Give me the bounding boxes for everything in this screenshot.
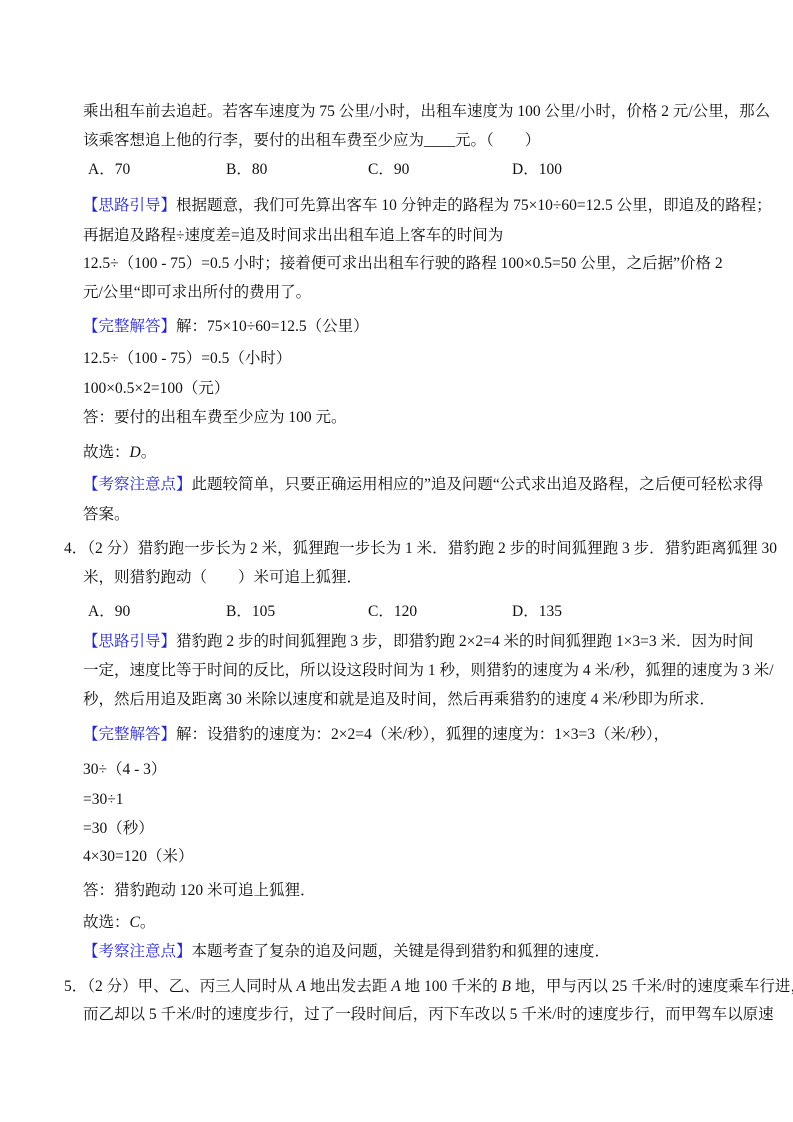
- text-line: 故选：C。: [83, 913, 155, 932]
- document-page: 乘出租车前去追赶。若客车速度为 75 公里/小时，出租车速度为 100 公里/小…: [0, 0, 793, 1122]
- text-line: 30÷（4 - 3）: [83, 760, 166, 779]
- section-label: 【思路引导】: [83, 633, 176, 650]
- section-label: 【思路引导】: [83, 197, 176, 214]
- text-line: 该乘客想追上他的行李，要付的出租车费至少应为____元。（ ）: [83, 131, 540, 150]
- text-line: 【考察注意点】本题考查了复杂的追及问题，关键是得到猎豹和狐狸的速度．: [83, 942, 610, 961]
- text-segment: 解：75×10÷60=12.5（公里）: [176, 318, 369, 335]
- text-line: 而乙却以 5 千米/时的速度步行，过了一段时间后，丙下车改以 5 千米/时的速度…: [83, 1005, 774, 1024]
- text-line: 【思路引导】猎豹跑 2 步的时间狐狸跑 3 步，即猎豹跑 2×2=4 米的时间狐…: [83, 632, 753, 651]
- text-line: 12.5÷（100 - 75）=0.5 小时；接着便可求出出租车行驶的路程 10…: [83, 254, 723, 273]
- text-line: 答：猎豹跑动 120 米可追上狐狸．: [83, 881, 316, 900]
- text-segment: 米，则猎豹跑动（ ）米可追上狐狸．: [83, 569, 362, 586]
- text-segment: 地出发去距: [306, 978, 391, 995]
- answer-letter: B: [501, 978, 510, 995]
- answer-letter: A: [297, 978, 306, 995]
- option-item: D．100: [512, 160, 562, 179]
- text-line: 元/公里“即可求出所付的费用了。: [83, 283, 311, 302]
- text-segment: =30÷1: [83, 791, 124, 808]
- answer-letter: A: [391, 978, 400, 995]
- option-item: A．90: [88, 602, 130, 621]
- option-item: B．80: [226, 160, 267, 179]
- text-segment: 答案。: [83, 506, 130, 523]
- option-item: D．135: [512, 602, 562, 621]
- text-segment: =30（秒）: [83, 820, 154, 837]
- answer-letter: C: [130, 914, 140, 931]
- text-segment: 地，甲与丙以 25 千米/时的速度乘车行进，: [511, 978, 793, 995]
- text-segment: 故选：: [83, 914, 130, 931]
- section-label: 【考察注意点】: [83, 943, 192, 960]
- text-segment: 猎豹跑 2 步的时间狐狸跑 3 步，即猎豹跑 2×2=4 米的时间狐狸跑 1×3…: [176, 633, 753, 650]
- option-item: B．105: [226, 602, 275, 621]
- text-segment: 本题考查了复杂的追及问题，关键是得到猎豹和狐狸的速度．: [192, 943, 611, 960]
- text-line: 米，则猎豹跑动（ ）米可追上狐狸．: [83, 568, 362, 587]
- text-segment: 答：猎豹跑动 120 米可追上狐狸．: [83, 882, 316, 899]
- section-label: 【完整解答】: [83, 318, 176, 335]
- text-segment: 地 100 千米的: [401, 978, 502, 995]
- text-segment: 故选：: [83, 444, 130, 461]
- text-segment: 秒，然后用追及距离 30 米除以速度和就是追及时间，然后再乘猎豹的速度 4 米/…: [83, 691, 715, 708]
- text-segment: 此题较简单，只要正确运用相应的”追及问题“公式求出追及路程，之后便可轻松求得: [192, 476, 764, 493]
- section-label: 【完整解答】: [83, 726, 176, 743]
- option-item: C．90: [368, 160, 409, 179]
- section-label: 【考察注意点】: [83, 476, 192, 493]
- text-line: 秒，然后用追及距离 30 米除以速度和就是追及时间，然后再乘猎豹的速度 4 米/…: [83, 690, 715, 709]
- text-segment: 解：设猎豹的速度为：2×2=4（米/秒），狐狸的速度为：1×3=3（米/秒），: [176, 726, 669, 743]
- option-item: A．70: [88, 160, 130, 179]
- text-segment: 再据追及路程÷速度差=追及时间求出出租车追上客车的时间为: [83, 227, 503, 244]
- text-line: 答：要付的出租车费至少应为 100 元。: [83, 408, 347, 427]
- text-segment: 乘出租车前去追赶。若客车速度为 75 公里/小时，出租车速度为 100 公里/小…: [83, 103, 770, 120]
- text-segment: 12.5÷（100 - 75）=0.5（小时）: [83, 350, 291, 367]
- text-line: 100×0.5×2=100（元）: [83, 379, 229, 398]
- text-line: 4×30=120（米）: [83, 847, 193, 866]
- text-line: 答案。: [83, 505, 130, 524]
- text-line: =30（秒）: [83, 819, 154, 838]
- question-line: 4．（2 分）猎豹跑一步长为 2 米，狐狸跑一步长为 1 米．猎豹跑 2 步的时…: [64, 539, 777, 558]
- text-segment: 。: [141, 444, 157, 461]
- option-item: C．120: [368, 602, 417, 621]
- answer-letter: D: [130, 444, 141, 461]
- text-line: =30÷1: [83, 790, 124, 809]
- text-segment: 5．（2 分）甲、乙、丙三人同时从: [64, 978, 297, 995]
- text-segment: 30÷（4 - 3）: [83, 761, 166, 778]
- question-line: 5．（2 分）甲、乙、丙三人同时从 A 地出发去距 A 地 100 千米的 B …: [64, 977, 793, 996]
- text-segment: 而乙却以 5 千米/时的速度步行，过了一段时间后，丙下车改以 5 千米/时的速度…: [83, 1006, 774, 1023]
- text-line: 【完整解答】解：75×10÷60=12.5（公里）: [83, 317, 369, 336]
- text-line: 故选：D。: [83, 443, 156, 462]
- text-segment: 4×30=120（米）: [83, 848, 193, 865]
- text-segment: 12.5÷（100 - 75）=0.5 小时；接着便可求出出租车行驶的路程 10…: [83, 255, 723, 272]
- text-line: 【考察注意点】此题较简单，只要正确运用相应的”追及问题“公式求出追及路程，之后便…: [83, 475, 763, 494]
- text-segment: 根据题意，我们可先算出客车 10 分钟走的路程为 75×10÷60=12.5 公…: [176, 197, 772, 214]
- text-line: 【完整解答】解：设猎豹的速度为：2×2=4（米/秒），狐狸的速度为：1×3=3（…: [83, 725, 669, 744]
- text-segment: 100×0.5×2=100（元）: [83, 380, 229, 397]
- text-line: 再据追及路程÷速度差=追及时间求出出租车追上客车的时间为: [83, 226, 503, 245]
- text-line: 12.5÷（100 - 75）=0.5（小时）: [83, 349, 291, 368]
- text-segment: 一定，速度比等于时间的反比，所以设这段时间为 1 秒，则猎豹的速度为 4 米/秒…: [83, 662, 774, 679]
- text-segment: 元/公里“即可求出所付的费用了。: [83, 284, 311, 301]
- text-segment: 。: [140, 914, 156, 931]
- text-segment: 答：要付的出租车费至少应为 100 元。: [83, 409, 347, 426]
- text-line: 乘出租车前去追赶。若客车速度为 75 公里/小时，出租车速度为 100 公里/小…: [83, 102, 770, 121]
- text-segment: 该乘客想追上他的行李，要付的出租车费至少应为____元。（ ）: [83, 132, 540, 149]
- text-line: 一定，速度比等于时间的反比，所以设这段时间为 1 秒，则猎豹的速度为 4 米/秒…: [83, 661, 774, 680]
- text-line: 【思路引导】根据题意，我们可先算出客车 10 分钟走的路程为 75×10÷60=…: [83, 196, 772, 215]
- text-segment: 4．（2 分）猎豹跑一步长为 2 米，狐狸跑一步长为 1 米．猎豹跑 2 步的时…: [64, 540, 777, 557]
